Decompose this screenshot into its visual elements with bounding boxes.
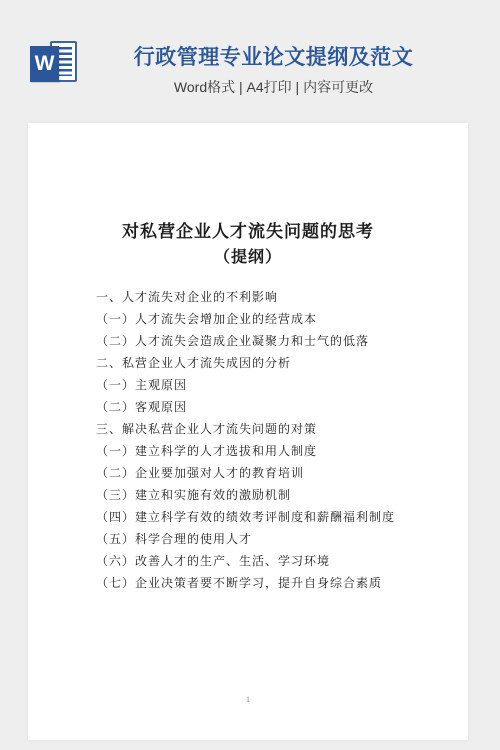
outline-item: （三）建立和实施有效的激励机制: [96, 484, 438, 506]
outline-item: （六）改善人才的生产、生活、学习环境: [96, 550, 438, 572]
outline-item: （一）建立科学的人才选拔和用人制度: [96, 440, 438, 462]
word-icon: W: [30, 41, 77, 85]
outline-item: 一、人才流失对企业的不利影响: [96, 286, 438, 308]
outline-item: （二）人才流失会造成企业凝聚力和士气的低落: [96, 330, 438, 352]
outline-item: （五）科学合理的使用人才: [96, 528, 438, 550]
header-text-block: 行政管理专业论文提纲及范文 Word格式 | A4打印 | 内容可更改: [77, 40, 470, 97]
outline-item: （一）人才流失会增加企业的经营成本: [96, 308, 438, 330]
outline-list: 一、人才流失对企业的不利影响（一）人才流失会增加企业的经营成本（二）人才流失会造…: [28, 286, 468, 594]
outline-item: 三、解决私营企业人才流失问题的对策: [96, 418, 438, 440]
outline-item: （二）企业要加强对人才的教育培训: [96, 462, 438, 484]
outline-item: 二、私营企业人才流失成因的分析: [96, 352, 438, 374]
outline-item: （二）客观原因: [96, 396, 438, 418]
outline-item: （七）企业决策者要不断学习，提升自身综合素质: [96, 572, 438, 594]
document-subtitle: （提纲）: [28, 245, 468, 271]
outline-item: （四）建立科学有效的绩效考评制度和薪酬福利制度: [96, 506, 438, 528]
page-title: 行政管理专业论文提纲及范文: [77, 44, 470, 72]
format-info-text: Word格式 | A4打印 | 内容可更改: [77, 77, 470, 97]
preview-header: W 行政管理专业论文提纲及范文 Word格式 | A4打印 | 内容可更改: [0, 0, 500, 123]
page-number: 1: [28, 695, 468, 704]
word-icon-letter: W: [30, 46, 59, 82]
outline-item: （一）主观原因: [96, 374, 438, 396]
document-title: 对私营企业人才流失问题的思考: [28, 219, 468, 245]
document-page: 对私营企业人才流失问题的思考 （提纲） 一、人才流失对企业的不利影响（一）人才流…: [28, 123, 468, 740]
